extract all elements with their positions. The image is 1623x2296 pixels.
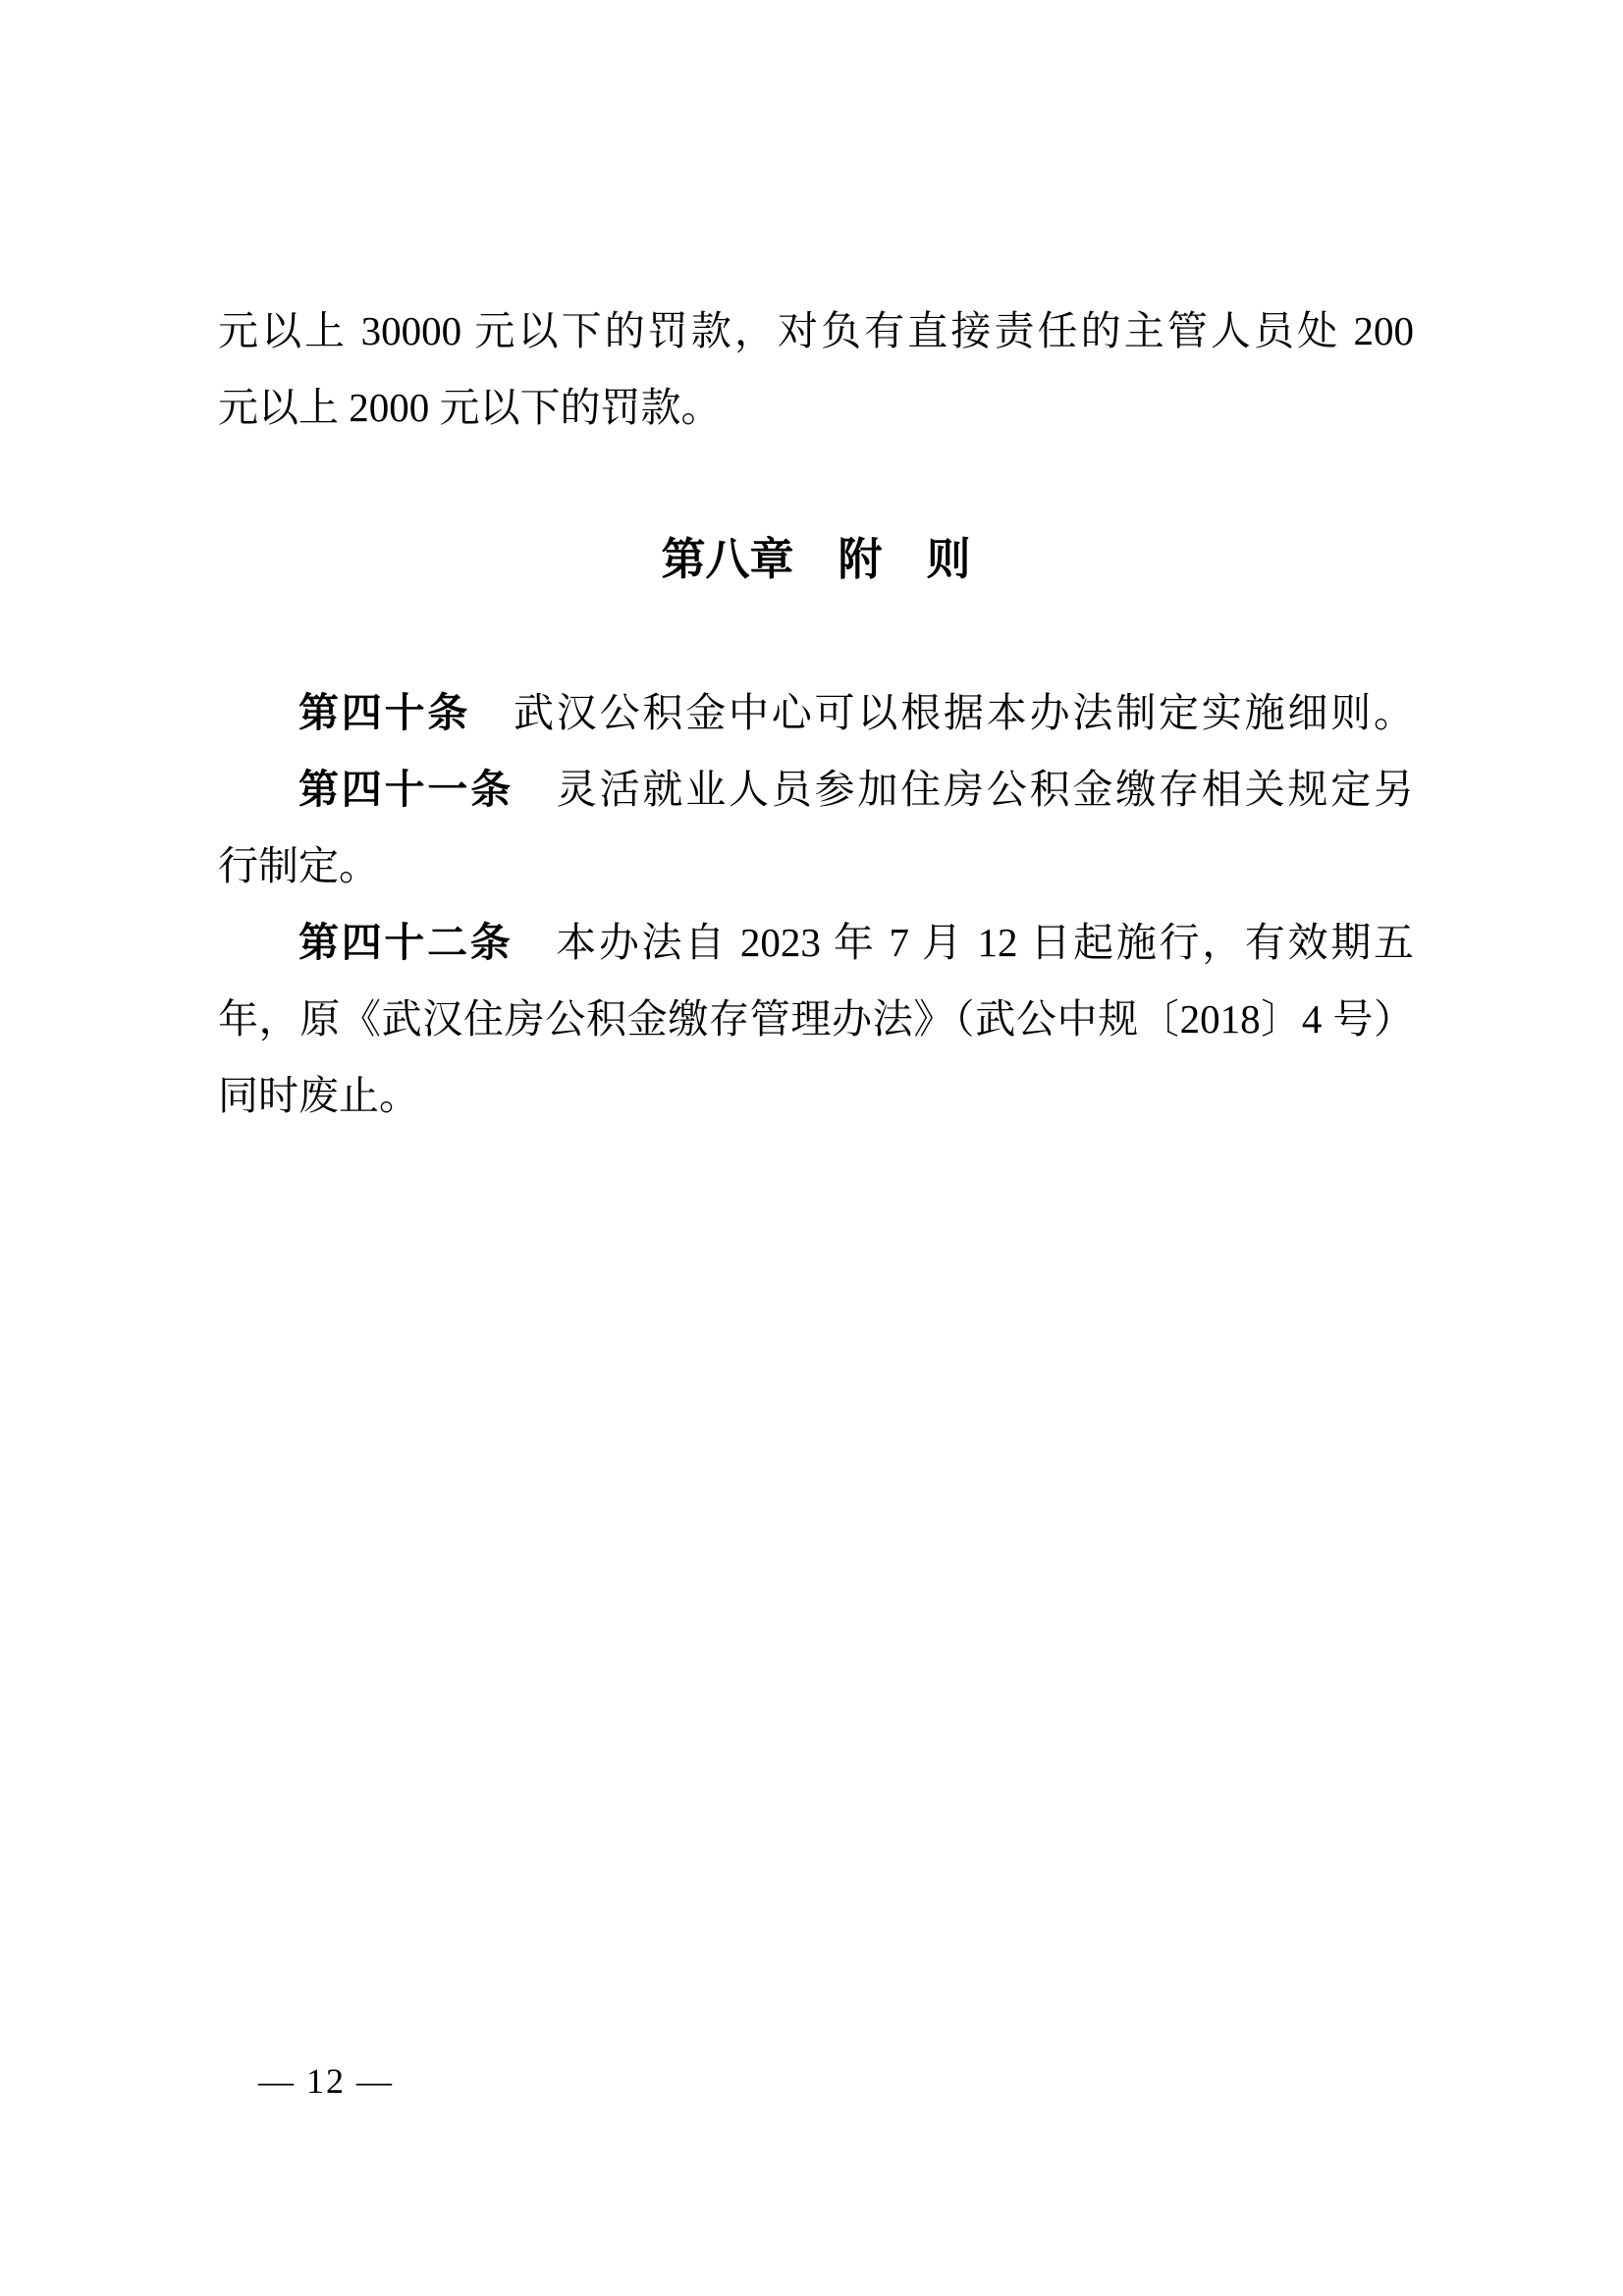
- article-number: 第四十一条: [298, 767, 514, 812]
- chapter-heading: 第八章 附 则: [218, 521, 1414, 598]
- article-number: 第四十二条: [298, 920, 513, 965]
- text-line: 行制定。: [218, 828, 1414, 904]
- body-text: 行制定。: [218, 843, 379, 888]
- text-line: 同时废止。: [218, 1057, 1414, 1134]
- text-line: 元以上 2000 元以下的罚款。: [218, 369, 1414, 446]
- body-text: 灵活就业人员参加住房公积金缴存相关规定另: [514, 767, 1414, 812]
- body-text: 本办法自 2023 年 7 月 12 日起施行，有效期五: [513, 920, 1414, 965]
- body-text: 年，原《武汉住房公积金缴存管理办法》（武公中规〔2018〕4 号）: [218, 996, 1414, 1041]
- article-number: 第四十条: [298, 690, 470, 735]
- body-text: 元以上 2000 元以下的罚款。: [218, 385, 722, 430]
- document-page: 元以上 30000 元以下的罚款，对负有直接责任的主管人员处 200 元以上 2…: [0, 0, 1623, 2296]
- text-line: 年，原《武汉住房公积金缴存管理办法》（武公中规〔2018〕4 号）: [218, 981, 1414, 1057]
- text-line: 第四十一条 灵活就业人员参加住房公积金缴存相关规定另: [218, 751, 1414, 828]
- text-line: 第四十二条 本办法自 2023 年 7 月 12 日起施行，有效期五: [218, 904, 1414, 981]
- text-line: 元以上 30000 元以下的罚款，对负有直接责任的主管人员处 200: [218, 293, 1414, 369]
- body-text: 武汉公积金中心可以根据本办法制定实施细则。: [470, 690, 1414, 735]
- paragraph-continuation: 元以上 30000 元以下的罚款，对负有直接责任的主管人员处 200 元以上 2…: [218, 293, 1414, 446]
- body-text: 元以上 30000 元以下的罚款，对负有直接责任的主管人员处 200: [218, 308, 1414, 353]
- text-line: 第四十条 武汉公积金中心可以根据本办法制定实施细则。: [218, 674, 1414, 751]
- articles-section: 第四十条 武汉公积金中心可以根据本办法制定实施细则。 第四十一条 灵活就业人员参…: [218, 674, 1414, 1134]
- page-number: — 12 —: [258, 2061, 394, 2101]
- body-text: 同时废止。: [218, 1073, 419, 1118]
